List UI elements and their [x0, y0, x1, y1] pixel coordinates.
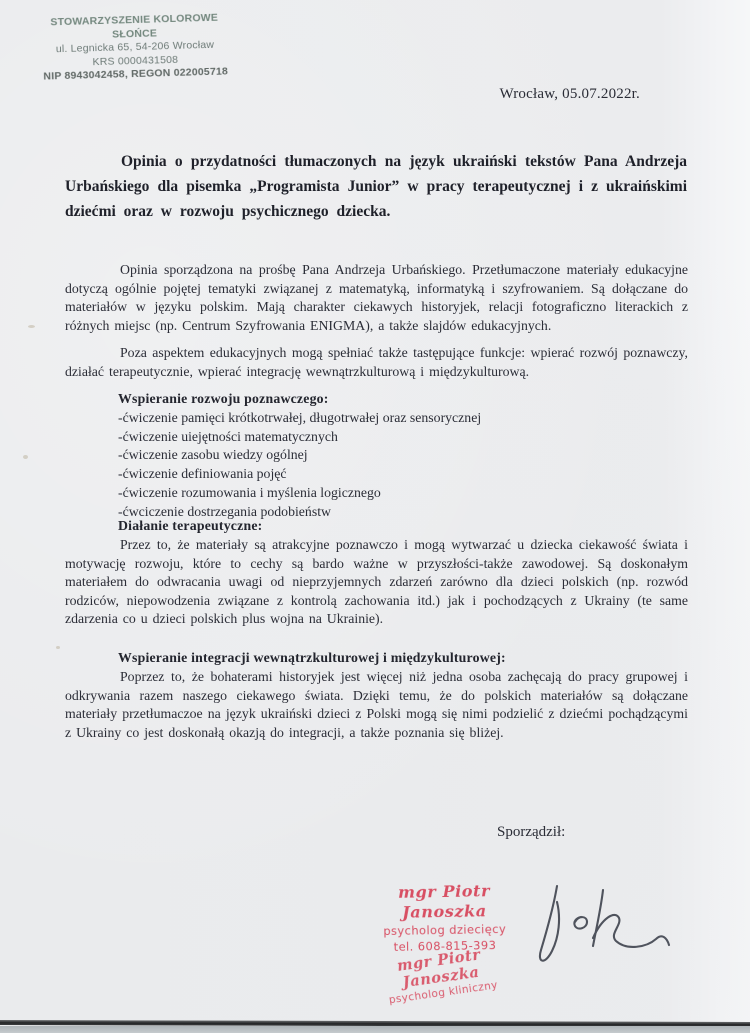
scanner-background-strip — [0, 1026, 750, 1033]
list-item: -ćwiczenie uiejętności matematycznych — [118, 428, 638, 447]
paragraph-integration: Poprzez to, że bohaterami historyjek jes… — [65, 668, 688, 742]
paragraph-intro: Opinia sporządzona na prośbę Pana Andrze… — [65, 261, 688, 335]
signer-role: psycholog dziecięcy — [362, 921, 527, 940]
list-item: -ćwiczenie pamięci krótkotrwałej, długot… — [118, 409, 638, 428]
signer-name: mgr Piotr Janoszka — [361, 881, 527, 924]
scan-speck — [23, 455, 28, 459]
organization-stamp: STOWARZYSZENIE KOLOROWE SŁOŃCE ul. Legni… — [29, 11, 241, 84]
paragraph-therapeutic: Przez to, że materiały są atrakcyjne poz… — [65, 536, 688, 629]
list-item: -ćwiczenie zasobu wiedzy ogólnej — [118, 446, 638, 465]
document-title: Opinia o przydatności tłumaczonych na ję… — [65, 149, 687, 224]
list-item: -ćwiczenie rozumowania i myślenia logicz… — [118, 484, 638, 503]
place-and-date: Wrocław, 05.07.2022r. — [499, 86, 640, 103]
cognitive-goals-list: -ćwiczenie pamięci krótkotrwałej, długot… — [118, 409, 638, 521]
scan-speck — [56, 646, 60, 649]
scan-speck — [28, 325, 35, 328]
section-heading-integration: Wspieranie integracji wewnątrzkulturowej… — [118, 650, 506, 666]
section-heading-cognitive: Wspieranie rozwoju poznawczego: — [118, 391, 329, 407]
paragraph-functions: Poza aspektem edukacyjnych mogą spełniać… — [65, 344, 688, 381]
handwritten-signature — [505, 852, 680, 982]
section-heading-therapeutic: Diałanie terapeutyczne: — [118, 518, 262, 534]
list-item: -ćwiczenie definiowania pojęć — [118, 465, 638, 484]
scanned-document-page: STOWARZYSZENIE KOLOROWE SŁOŃCE ul. Legni… — [0, 0, 750, 1033]
prepared-by-label: Sporządził: — [497, 824, 565, 841]
